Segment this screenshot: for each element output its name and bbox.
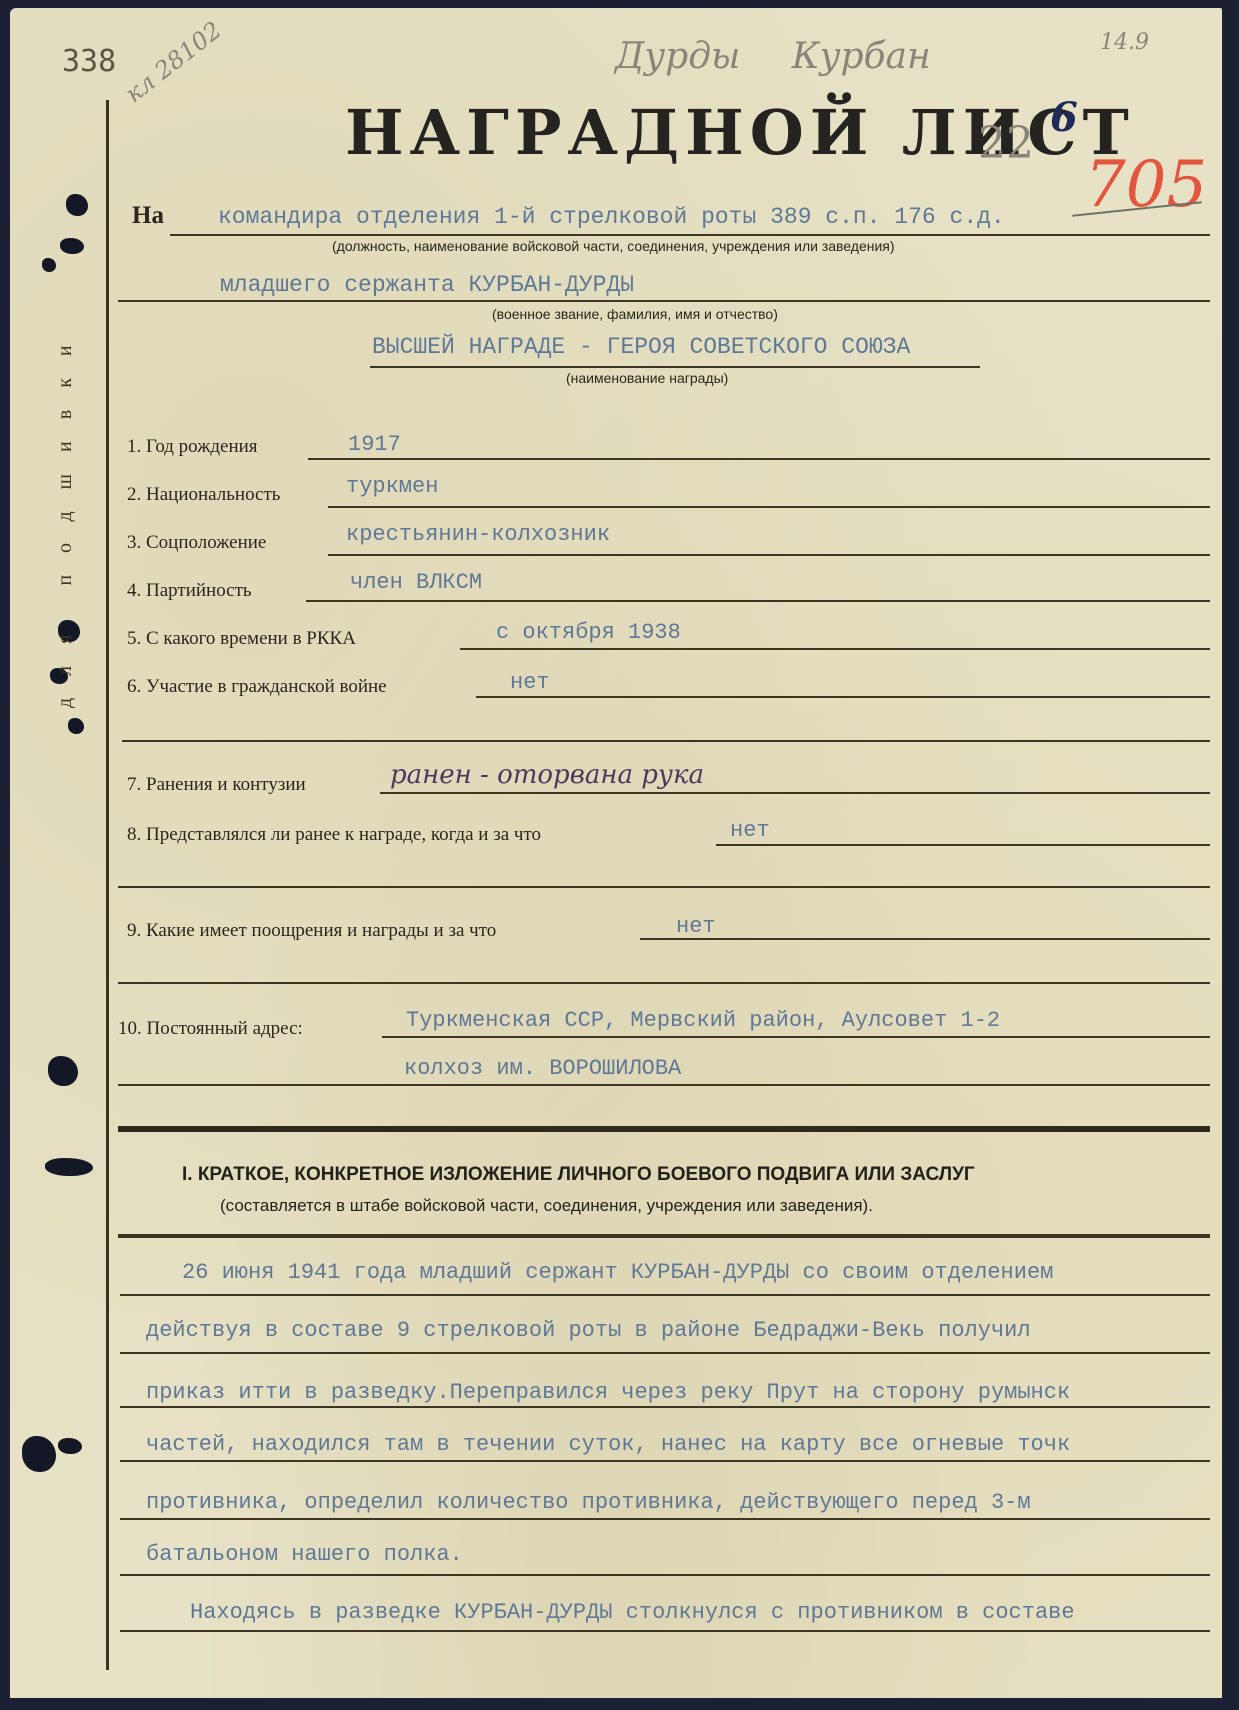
punch-hole-icon	[22, 1436, 56, 1472]
binding-margin-line	[106, 100, 109, 1670]
narrative-underline	[120, 1352, 1210, 1354]
field-label-address: 10. Постоянный адрес:	[118, 1018, 303, 1040]
field-underline-extra	[118, 886, 1210, 888]
punch-hole-icon	[66, 194, 88, 216]
field-underline	[328, 554, 1210, 556]
narrative-underline	[120, 1518, 1210, 1520]
field-label-prior-nominations: 8. Представлялся ли ранее к награде, ког…	[127, 824, 541, 846]
punch-hole-icon	[45, 1158, 93, 1176]
field-value-awards: нет	[676, 914, 716, 939]
field-value-address: Туркменская ССР, Мервский район, Аулсове…	[406, 1008, 1000, 1033]
narrative-line: приказ итти в разведку.Переправился чере…	[146, 1380, 1070, 1405]
position-value: командира отделения 1-й стрелковой роты …	[218, 204, 1005, 230]
ink-number: 6	[1050, 94, 1078, 141]
section-title: I. КРАТКОЕ, КОНКРЕТНОЕ ИЗЛОЖЕНИЕ ЛИЧНОГО…	[182, 1164, 975, 1186]
field-underline-extra	[122, 740, 1210, 742]
field-underline	[328, 506, 1210, 508]
field-label-party: 4. Партийность	[127, 580, 252, 602]
position-caption: (должность, наименование войсковой части…	[332, 238, 895, 254]
field-label-birth-year: 1. Год рождения	[127, 436, 258, 458]
section-subtitle: (составляется в штабе войсковой части, с…	[220, 1196, 873, 1216]
narrative-underline	[120, 1460, 1210, 1462]
field-label-rkka-since: 5. С какого времени в РККА	[127, 628, 356, 650]
field-label-wounds: 7. Ранения и контузии	[127, 774, 306, 796]
field-value-nationality: туркмен	[346, 474, 438, 499]
punch-hole-icon	[68, 718, 84, 734]
position-underline	[170, 234, 1210, 236]
award-sheet: для подшивки 338 кл 28102 Дурды Курбан 1…	[10, 8, 1222, 1698]
sewing-margin-label: для подшивки	[54, 323, 77, 708]
field-underline-extra	[118, 982, 1210, 984]
field-underline	[476, 696, 1210, 698]
narrative-underline	[120, 1406, 1210, 1408]
field-underline	[640, 938, 1210, 940]
narrative-line: частей, находился там в течении суток, н…	[146, 1432, 1070, 1457]
field-value-birth-year: 1917	[348, 432, 401, 457]
field-label-civil-war: 6. Участие в гражданской войне	[127, 676, 387, 698]
to-label: На	[132, 202, 164, 230]
punch-hole-icon	[48, 1056, 78, 1086]
field-value-wounds: ранен - оторвана рука	[390, 760, 704, 790]
narrative-underline	[120, 1294, 1210, 1296]
rank-name-caption: (военное звание, фамилия, имя и отчество…	[492, 306, 778, 322]
field-underline	[382, 1036, 1210, 1038]
field-underline	[308, 458, 1210, 460]
narrative-underline	[120, 1630, 1210, 1632]
rank-name-value: младшего сержанта КУРБАН-ДУРДЫ	[220, 272, 634, 298]
award-value: ВЫСШЕЙ НАГРАДЕ - ГЕРОЯ СОВЕТСКОГО СОЮЗА	[372, 334, 910, 360]
field-value-party: член ВЛКСМ	[350, 570, 482, 595]
section-top-rule	[118, 1126, 1210, 1132]
field-value-prior-nominations: нет	[730, 818, 770, 843]
narrative-line: 26 июня 1941 года младший сержант КУРБАН…	[182, 1260, 1053, 1285]
field-value-civil-war: нет	[510, 670, 550, 695]
pencil-corner-note: 14.9	[1100, 30, 1149, 55]
pencil-reference: кл 28102	[120, 16, 227, 108]
field-underline	[460, 648, 1210, 650]
punch-hole-icon	[42, 258, 56, 272]
field-underline	[716, 844, 1210, 846]
field-underline	[118, 1084, 1210, 1086]
narrative-line: Находясь в разведке КУРБАН-ДУРДЫ столкну…	[190, 1600, 1075, 1625]
field-underline	[380, 792, 1210, 794]
field-label-awards: 9. Какие имеет поощрения и награды и за …	[127, 920, 496, 942]
narrative-line: противника, определил количество противн…	[146, 1490, 1031, 1515]
rank-name-underline	[118, 300, 1210, 302]
narrative-underline	[120, 1574, 1210, 1576]
punch-hole-icon	[60, 238, 84, 254]
field-underline	[306, 600, 1210, 602]
field-value-rkka-since: с октября 1938	[496, 620, 681, 645]
award-underline	[370, 366, 980, 368]
pencil-names: Дурды Курбан	[615, 36, 931, 77]
narrative-line: действуя в составе 9 стрелковой роты в р…	[146, 1318, 1031, 1343]
narrative-line: батальоном нашего полка.	[146, 1542, 463, 1567]
archive-number: 338	[62, 44, 116, 79]
award-caption: (наименование награды)	[566, 370, 728, 386]
field-label-nationality: 2. Национальность	[127, 484, 280, 506]
pencil-number: 22	[978, 118, 1034, 169]
section-bottom-rule	[118, 1234, 1210, 1238]
punch-hole-icon	[58, 1438, 82, 1454]
field-value-address-line2: колхоз им. ВОРОШИЛОВА	[404, 1056, 681, 1081]
field-label-social-status: 3. Соцположение	[127, 532, 266, 554]
field-value-social-status: крестьянин-колхозник	[346, 522, 610, 547]
